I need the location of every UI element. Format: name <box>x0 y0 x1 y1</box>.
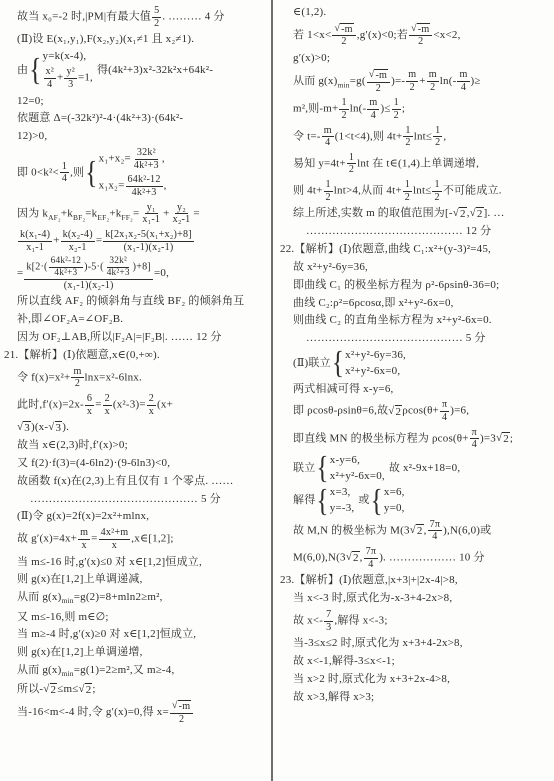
left-column: 故当 x₀=-2 时,|PM|有最大值52. ……… 4 分(Ⅱ)设 E(x₁,… <box>4 2 268 781</box>
brace-system: {x₁+x₂=32k²4k²+3,x₁x₂=64k²-124k²+3, <box>85 147 166 199</box>
solution-text-line: 综上所述,实数 m 的取值范围为[-√2,√2]. … <box>280 206 552 221</box>
fraction: y₁x₁-1 <box>140 202 162 226</box>
brace-system: {x=3,y=-3, <box>316 486 354 515</box>
solution-text-line: 联立{x-y=6,x²+y²-6x=0, 故 x²-9x+18=0, <box>280 454 552 483</box>
square-root: √2 <box>453 207 467 221</box>
solution-text-line: k(x₁-4)x₁-1+k(x₂-4)x₂-1=k[2x₁x₂-5(x₁+x₂)… <box>4 229 268 253</box>
left-brace: { <box>29 56 41 84</box>
solution-text-line: 从而 g(x)min=g(1)=2≥m²,又 m≥-4, <box>4 663 268 679</box>
solution-text-line: 当 x>2 时,原式化为 x+3+2x-4>8, <box>280 672 552 687</box>
solution-text-line: 12=0; <box>4 94 268 109</box>
solution-text-line: 依题意 Δ=(-32k²)²-4·(4k²+3)·(64k²- <box>4 111 268 126</box>
system-equation-row: x₁x₂=64k²-124k²+3, <box>99 174 167 198</box>
solution-text-line: 即直线 MN 的极坐标方程为 ρcos(θ+π4)=3√2; <box>280 427 552 451</box>
fraction: π4 <box>440 399 449 423</box>
system-equation-row: x²+y²-6x=0, <box>345 365 406 378</box>
fraction: 32k²4k²+3 <box>132 147 161 171</box>
square-root: √3 <box>17 421 31 435</box>
fraction: √-m2 <box>170 700 193 725</box>
fraction: 12 <box>339 97 348 121</box>
fraction: 73 <box>324 609 333 633</box>
solution-text-line: ∈(1,2). <box>280 5 552 20</box>
fraction: mx <box>78 527 90 551</box>
solution-text-line: ……………………………………… 5 分 <box>4 492 268 507</box>
subscript: BF₂ <box>73 213 85 222</box>
solution-text-line: 则 4t+12lnt>4,从而 4t+12lnt≤12不可能成立. <box>280 179 552 203</box>
solution-text-line: g′(x)>0; <box>280 51 552 66</box>
solution-text-line: 故 x<-73,解得 x<-3; <box>280 609 552 633</box>
fraction: 2x <box>147 393 156 417</box>
solution-text-line: 故 x<-1,解得-3≤x<-1; <box>280 654 552 669</box>
square-root: √2 <box>43 683 57 697</box>
solution-text-line: 22.【解析】(Ⅰ)依题意,曲线 C₁:x²+(y-3)²=45, <box>280 242 552 257</box>
solution-text-line: 故 x²+y²-6y=36, <box>280 260 552 275</box>
subscript: min <box>61 596 73 605</box>
solution-text-line: …………………………………… 5 分 <box>280 331 552 346</box>
system-equation-row: y=k(x-4), <box>43 50 93 63</box>
solution-text-line: 故函数 f(x)在(2,3)上有且仅有 1 个零点. …… <box>4 474 268 489</box>
solution-text-line: 解得{x=3,y=-3, 或{x=6,y=0, <box>280 486 552 515</box>
solution-text-line: (Ⅱ)令 g(x)=2f(x)=2x²+mlnx, <box>4 509 268 524</box>
solution-text-line: 曲线 C₂:ρ²=6ρcosα,即 x²+y²-6x=0, <box>280 296 552 311</box>
fraction: 2x <box>103 393 112 417</box>
brace-system: {x=6,y=0, <box>371 486 405 515</box>
solution-text-line: 故当 x∈(2,3)时,f′(x)>0; <box>4 438 268 453</box>
system-equation-row: x=3, <box>330 486 355 499</box>
fraction: 12 <box>433 125 442 149</box>
solution-text-line: (Ⅱ)设 E(x₁,y₁),F(x₂,y₂)(x₁≠1 且 x₂≠1). <box>4 32 268 47</box>
square-root: √-m <box>334 23 353 36</box>
solution-text-line: 因为 OF₂⊥AB,所以|F₂A|=|F₂B|. …… 12 分 <box>4 330 268 345</box>
solution-text-line: 故 M,N 的极坐标为 M(3√2,7π4),N(6,0)或 <box>280 519 552 543</box>
brace-system: {y=k(x-4),x²4+y²3=1, <box>29 50 93 90</box>
square-root: √2 <box>388 405 402 419</box>
system-equation-row: x²+y²-6y=36, <box>345 349 406 362</box>
solution-text-line: 故当 x₀=-2 时,|PM|有最大值52. ……… 4 分 <box>4 5 268 29</box>
solution-text-line: 补,即∠OF₂A=∠OF₂B. <box>4 312 268 327</box>
fraction: 12 <box>403 125 412 149</box>
column-divider <box>271 0 273 781</box>
fraction: m2 <box>406 69 418 93</box>
system-equation-row: y=0, <box>384 502 405 515</box>
system-equation-row: x₁+x₂=32k²4k²+3, <box>99 147 167 171</box>
fraction: 64k²-124k²+3 <box>49 256 84 278</box>
fraction: 12 <box>403 179 412 203</box>
fraction: y₂x₂-1 <box>171 202 193 226</box>
fraction: 32k²4k²+3 <box>105 256 132 278</box>
solution-text-line: 易知 y=4t+12lnt 在 t∈(1,4)上单调递增, <box>280 152 552 176</box>
solution-text-line: 若 1<x<√-m2,g′(x)<0;若√-m2<x<2, <box>280 23 552 48</box>
fraction: 7π4 <box>428 519 443 543</box>
fraction: m4 <box>457 69 469 93</box>
document-page: 故当 x₀=-2 时,|PM|有最大值52. ……… 4 分(Ⅱ)设 E(x₁,… <box>0 0 554 781</box>
solution-text-line: 23.【解析】(Ⅰ)依题意,|x+3|+|2x-4|>8, <box>280 573 552 588</box>
left-brace: { <box>316 487 328 515</box>
fraction: 6x <box>85 393 94 417</box>
solution-text-line: 此时,f′(x)=2x-6x=2x(x²-3)=2x(x+ <box>4 393 268 417</box>
square-root: √2 <box>410 524 424 538</box>
fraction: 14 <box>60 161 69 185</box>
square-root: √-m <box>172 700 191 713</box>
solution-text-line: 令 f(x)=x²+m2lnx=x²-6lnx. <box>4 366 268 390</box>
solution-text-line: 从而 g(x)min=g(2)=8+mln2≥m², <box>4 590 268 606</box>
brace-system: {x²+y²-6y=36,x²+y²-6x=0, <box>332 349 406 378</box>
solution-text-line: m²,则-m+12ln(-m4)≤12; <box>280 97 552 121</box>
solution-text-line: 即 ρcosθ-ρsinθ=6,故√2ρcos(θ+π4)=6, <box>280 399 552 423</box>
fraction: √-m2 <box>332 23 355 48</box>
square-root: √2 <box>78 683 92 697</box>
fraction: m2 <box>427 69 439 93</box>
solution-text-line: 故 g′(x)=4x+mx=4x²+mx,x∈[1,2]; <box>4 527 268 551</box>
system-equation-row: x²+y²-6x=0, <box>330 470 385 483</box>
square-root: √3 <box>48 421 62 435</box>
fraction: 12 <box>324 179 333 203</box>
fraction: 64k²-124k²+3 <box>126 174 163 198</box>
solution-text-line: 则曲线 C₂ 的直角坐标方程为 x²+y²-6x=0. <box>280 313 552 328</box>
solution-text-line: 即曲线 C₁ 的极坐标方程为 ρ²-6ρsinθ-36=0; <box>280 278 552 293</box>
solution-text-line: 即 0<k²<14,则{x₁+x₂=32k²4k²+3,x₁x₂=64k²-12… <box>4 147 268 199</box>
system-equation-row: x²4+y²3=1, <box>43 66 93 90</box>
left-brace: { <box>85 159 97 187</box>
solution-text-line: 所以直线 AF₂ 的倾斜角与直线 BF₂ 的倾斜角互 <box>4 294 268 309</box>
solution-text-line: 当 m≤-16 时,g′(x)≤0 对 x∈[1,2]恒成立, <box>4 555 268 570</box>
fraction: 12 <box>392 97 401 121</box>
square-root: √2 <box>346 551 360 565</box>
system-equation-row: x=6, <box>384 486 405 499</box>
solution-text-line: M(6,0),N(3√2,7π4). ……………… 10 分 <box>280 546 552 570</box>
fraction: 7π4 <box>364 546 379 570</box>
solution-text-line: 又 f(2)·f(3)=(4-6ln2)·(9-6ln3)<0, <box>4 456 268 471</box>
left-brace: { <box>316 454 328 482</box>
solution-text-line: 令 t=-m4(1<t<4),则 4t+12lnt≤12, <box>280 125 552 149</box>
left-brace: { <box>371 487 383 515</box>
fraction: m2 <box>71 366 83 390</box>
solution-text-line: 当 x<-3 时,原式化为-x-3+4-2x>8, <box>280 591 552 606</box>
solution-text-line: 因为 kAF₂+kBF₂=kEF₂+kFF₂=y₁x₁-1+y₂x₂-1= <box>4 202 268 226</box>
fraction: x²4 <box>44 66 57 90</box>
solution-text-line: =k[2·(64k²-124k²+3)-5·(32k²4k²+3)+8](x₁-… <box>4 256 268 291</box>
fraction: 4x²+mx <box>99 527 131 551</box>
fraction: √-m2 <box>367 69 390 94</box>
solution-text-line: 又 m≤-16,则 m∈∅; <box>4 610 268 625</box>
subscript: AF₂ <box>48 213 61 222</box>
fraction: 12 <box>347 152 356 176</box>
solution-text-line: 当 m≥-4 时,g′(x)≥0 对 x∈[1,2]恒成立, <box>4 627 268 642</box>
solution-text-line: (Ⅱ)联立{x²+y²-6y=36,x²+y²-6x=0, <box>280 349 552 378</box>
solution-text-line: 故 x>3,解得 x>3; <box>280 690 552 705</box>
solution-text-line: 12)>0, <box>4 129 268 144</box>
solution-text-line: 则 g(x)在[1,2]上单调递增, <box>4 645 268 660</box>
square-root: √-m <box>369 69 388 82</box>
fraction: k[2·(64k²-124k²+3)-5·(32k²4k²+3)+8](x₁-1… <box>24 256 153 291</box>
solution-text-line: …………………………………… 12 分 <box>280 224 552 239</box>
system-equation-row: y=-3, <box>330 502 355 515</box>
subscript: EF₂ <box>97 213 109 222</box>
fraction: m4 <box>322 125 334 149</box>
solution-text-line: 则 g(x)在[1,2]上单调递减, <box>4 572 268 587</box>
solution-text-line: 21.【解析】(Ⅰ)依题意,x∈(0,+∞). <box>4 348 268 363</box>
solution-text-line: 当-16<m<-4 时,令 g′(x)=0,得 x=√-m2 <box>4 700 268 725</box>
fraction: 12 <box>432 179 441 203</box>
system-equation-row: x-y=6, <box>330 454 385 467</box>
solution-text-line: √3)(x-√3). <box>4 420 268 435</box>
subscript: min <box>337 80 349 89</box>
right-column: ∈(1,2).若 1<x<√-m2,g′(x)<0;若√-m2<x<2,g′(x… <box>280 2 552 781</box>
square-root: √2 <box>496 432 510 446</box>
solution-text-line: 从而 g(x)min=g(√-m2)=-m2+m2ln(-m4)≥ <box>280 69 552 94</box>
fraction: 52 <box>152 5 161 29</box>
left-brace: { <box>332 350 344 378</box>
subscript: min <box>61 669 73 678</box>
fraction: k[2x₁x₂-5(x₁+x₂)+8](x₁-1)(x₂-1) <box>103 229 194 253</box>
solution-text-line: 由{y=k(x-4),x²4+y²3=1, 得(4k²+3)x²-32k²x+6… <box>4 50 268 90</box>
fraction: √-m2 <box>409 23 432 48</box>
square-root: √-m <box>411 23 430 36</box>
solution-text-line: 当-3≤x≤2 时,原式化为 x+3+4-2x>8, <box>280 636 552 651</box>
fraction: m4 <box>367 97 379 121</box>
fraction: k(x₁-4)x₁-1 <box>18 229 52 253</box>
fraction: k(x₂-4)x₂-1 <box>61 229 95 253</box>
fraction: π4 <box>470 427 479 451</box>
solution-text-line: 所以-√2≤m≤√2; <box>4 682 268 697</box>
subscript: FF₂ <box>121 213 133 222</box>
brace-system: {x-y=6,x²+y²-6x=0, <box>316 454 384 483</box>
square-root: √2 <box>470 207 484 221</box>
fraction: y²3 <box>64 66 77 90</box>
solution-text-line: 两式相减可得 x-y=6, <box>280 382 552 397</box>
